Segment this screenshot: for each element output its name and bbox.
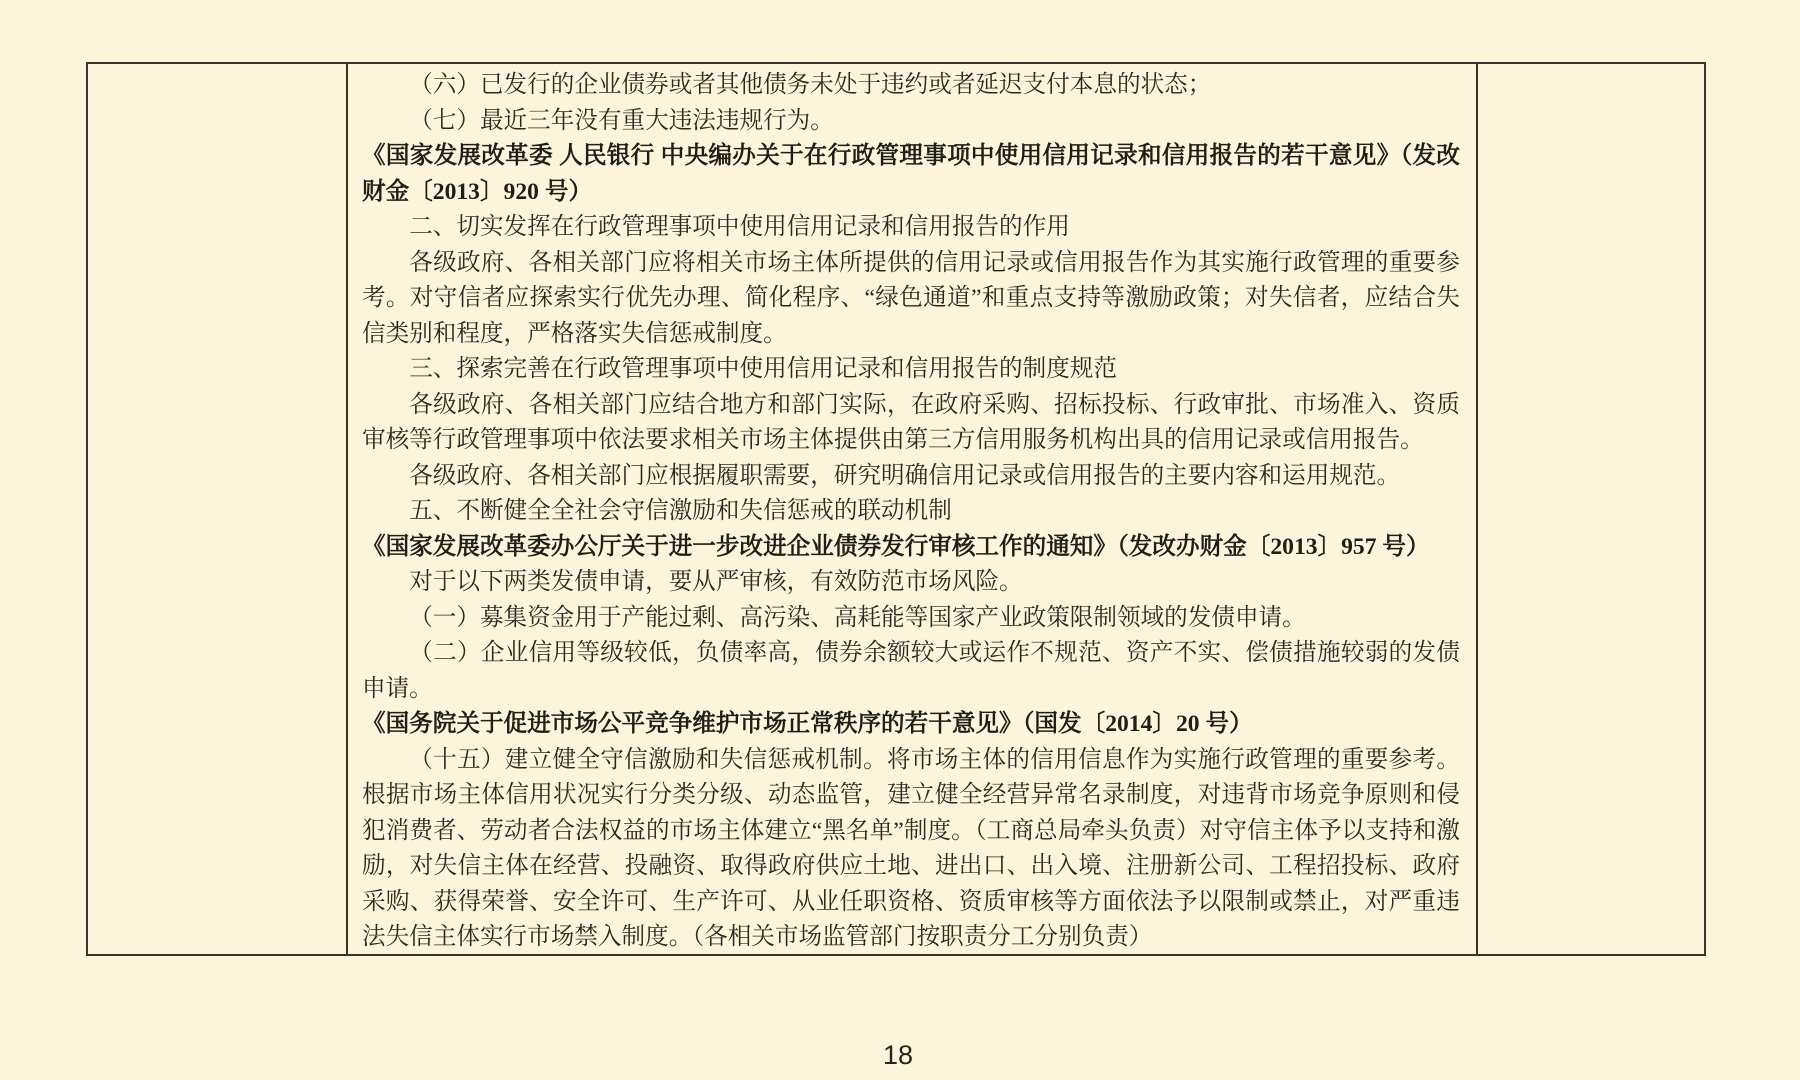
policy-paragraph: （十五）建立健全守信激励和失信惩戒机制。将市场主体的信用信息作为实施行政管理的重… — [362, 743, 1460, 956]
policy-paragraph: 三、探索完善在行政管理事项中使用信用记录和信用报告的制度规范 — [362, 352, 1460, 388]
policy-paragraph: 各级政府、各相关部门应根据履职需要，研究明确信用记录或信用报告的主要内容和运用规… — [362, 459, 1460, 495]
policy-paragraph: 各级政府、各相关部门应结合地方和部门实际，在政府采购、招标投标、行政审批、市场准… — [362, 388, 1460, 459]
policy-paragraph: 五、不断健全全社会守信激励和失信惩戒的联动机制 — [362, 494, 1460, 530]
policy-paragraph: 对于以下两类发债申请，要从严审核，有效防范市场风险。 — [362, 565, 1460, 601]
policy-paragraph: （七）最近三年没有重大违法违规行为。 — [362, 104, 1460, 140]
policy-paragraph: 各级政府、各相关部门应将相关市场主体所提供的信用记录或信用报告作为其实施行政管理… — [362, 246, 1460, 353]
policy-paragraph: （六）已发行的企业债券或者其他债务未处于违约或者延迟支付本息的状态； — [362, 68, 1460, 104]
policy-text-cell: （六）已发行的企业债券或者其他债务未处于违约或者延迟支付本息的状态；（七）最近三… — [348, 64, 1478, 954]
table-cell-right — [1478, 64, 1704, 954]
document-title-paragraph: 《国家发展改革委 人民银行 中央编办关于在行政管理事项中使用信用记录和信用报告的… — [362, 139, 1460, 210]
policy-paragraph: 二、切实发挥在行政管理事项中使用信用记录和信用报告的作用 — [362, 210, 1460, 246]
policy-paragraph: （一）募集资金用于产能过剩、高污染、高耗能等国家产业政策限制领域的发债申请。 — [362, 601, 1460, 637]
document-page: { "page": { "number": "18" }, "colors": … — [0, 0, 1800, 1080]
policy-paragraph: （二）企业信用等级较低，负债率高，债券余额较大或运作不规范、资产不实、偿债措施较… — [362, 636, 1460, 707]
table-cell-left — [88, 64, 348, 954]
document-title-paragraph: 《国家发展改革委办公厅关于进一步改进企业债券发行审核工作的通知》（发改办财金〔2… — [362, 530, 1460, 566]
policy-table: （六）已发行的企业债券或者其他债务未处于违约或者延迟支付本息的状态；（七）最近三… — [86, 62, 1706, 956]
page-number: 18 — [0, 1040, 1796, 1071]
document-title-paragraph: 《国务院关于促进市场公平竞争维护市场正常秩序的若干意见》（国发〔2014〕20 … — [362, 707, 1460, 743]
